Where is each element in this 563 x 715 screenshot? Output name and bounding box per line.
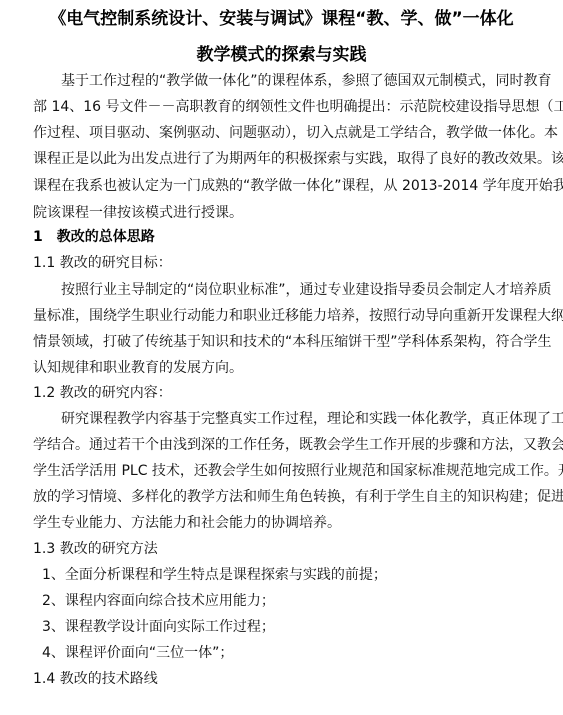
list-item: 4、课程评价面向“三位一体”；	[42, 644, 233, 662]
paragraph-line: 课程在我系也被认定为一门成熟的“教学做一体化”课程，从 2013-2014 学年…	[33, 177, 504, 195]
section-1-heading: 1 教改的总体思路	[33, 228, 155, 246]
paragraph-line: 学生活学活用 PLC 技术，还教会学生如何按照行业规范和国家标准规范地完成工作。…	[33, 462, 504, 480]
paragraph-line: 院该课程一律按该模式进行授课。	[33, 204, 243, 222]
list-item: 2、课程内容面向综合技术应用能力；	[42, 592, 275, 610]
section-1-4-heading: 1.4 教改的技术路线	[33, 670, 158, 688]
paragraph-line: 课程正是以此为出发点进行了为期两年的积极探索与实践，取得了良好的教改效果。该	[33, 150, 504, 168]
paragraph-line: 研究课程教学内容基于完整真实工作过程，理论和实践一体化教学，真正体现了工	[61, 410, 504, 428]
paragraph-line: 作过程、项目驱动、案例驱动、问题驱动），切入点就是工学结合，教学做一体化。本	[33, 124, 504, 142]
section-1-2-heading: 1.2 教改的研究内容：	[33, 384, 172, 402]
paragraph-line: 量标准，围绕学生职业行动能力和职业迁移能力培养，按照行动导向重新开发课程大纲、	[33, 307, 504, 325]
section-1-3-heading: 1.3 教改的研究方法	[33, 540, 158, 558]
paragraph-line: 认知规律和职业教育的发展方向。	[33, 359, 243, 377]
paragraph-line: 学生专业能力、方法能力和社会能力的协调培养。	[33, 514, 341, 532]
document-title-line-1: 《电气控制系统设计、安装与调试》课程“教、学、做”一体化	[0, 8, 563, 30]
document-title-line-2: 教学模式的探索与实践	[0, 44, 563, 66]
paragraph-line: 按照行业主导制定的“岗位职业标准”，通过专业建设指导委员会制定人才培养质	[61, 281, 504, 299]
paragraph-line: 基于工作过程的“教学做一体化”的课程体系，参照了德国双元制模式，同时教育	[61, 72, 504, 90]
paragraph-line: 部 14、16 号文件－－高职教育的纲领性文件也明确提出：示范院校建设指导思想（…	[33, 98, 504, 116]
section-1-1-heading: 1.1 教改的研究目标：	[33, 254, 172, 272]
list-item: 3、课程教学设计面向实际工作过程；	[42, 618, 275, 636]
paragraph-line: 情景领域，打破了传统基于知识和技术的“本科压缩饼干型”学科体系架构，符合学生	[33, 333, 504, 351]
list-item: 1、全面分析课程和学生特点是课程探索与实践的前提；	[42, 566, 387, 584]
paragraph-line: 学结合。通过若干个由浅到深的工作任务，既教会学生工作开展的步骤和方法，又教会	[33, 436, 504, 454]
paragraph-line: 放的学习情境、多样化的教学方法和师生角色转换，有利于学生自主的知识构建；促进	[33, 488, 504, 506]
